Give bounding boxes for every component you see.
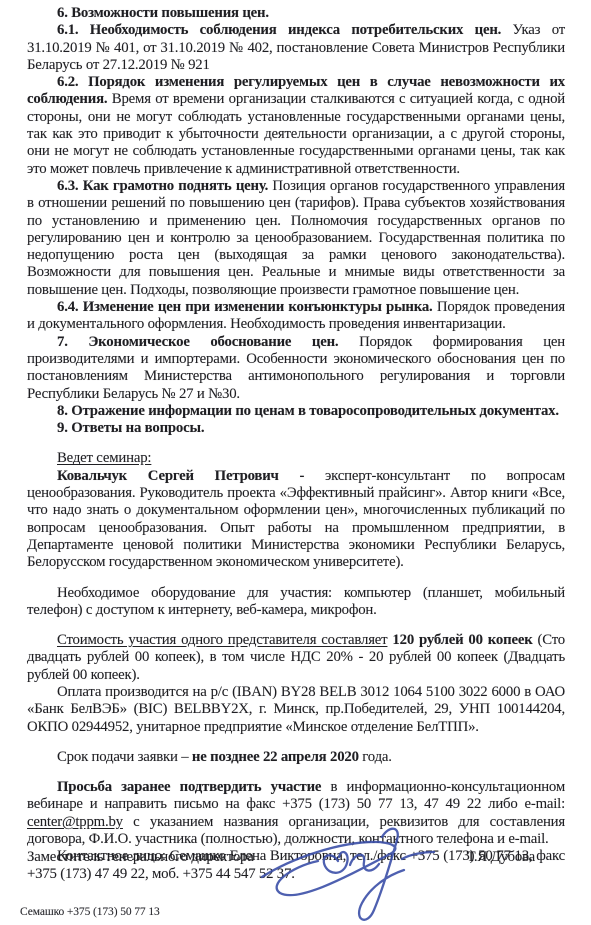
heading-6-price-increase-opportunities: 6. Возможности повышения цен. (27, 5, 565, 22)
signer-position: Заместитель генерального директора (27, 849, 254, 866)
email-link: center@tppm.by (27, 814, 123, 830)
para-payment-details: Оплата производится на р/с (IBAN) BY28 B… (27, 684, 565, 736)
body-text: Позиция органов государственного управле… (27, 178, 565, 298)
subheading-text: 7. Экономическое обоснование цен. (57, 334, 338, 350)
para-6-2-regulated-price-changes: 6.2. Порядок изменения регулируемых цен … (27, 74, 565, 178)
body-text: Необходимое оборудование для участия: ко… (27, 585, 565, 618)
para-6-4-market-conditions: 6.4. Изменение цен при изменении конъюнк… (27, 299, 565, 334)
underlined-text: Стоимость участия одного представителя с… (57, 632, 387, 648)
subheading-text: 6.3. Как грамотно поднять цену. (57, 178, 268, 194)
price-value: 120 рублей 00 копеек (387, 632, 532, 648)
heading-text: 6. Возможности повышения цен. (57, 5, 269, 21)
scanned-document-page: 6. Возможности повышения цен. 6.1. Необх… (0, 0, 591, 925)
signature-block: Заместитель генерального директора Т.Я.Д… (27, 849, 565, 866)
deadline-date: не позднее 22 апреля 2020 (192, 749, 359, 765)
heading-text: 8. Отражение информации по ценам в товар… (57, 403, 559, 419)
para-application-deadline: Срок подачи заявки – не позднее 22 апрел… (27, 749, 565, 766)
seminar-leader-heading: Ведет семинар: (27, 450, 565, 467)
heading-9-questions: 9. Ответы на вопросы. (27, 420, 565, 437)
para-7-economic-justification: 7. Экономическое обоснование цен. Порядо… (27, 334, 565, 403)
emphasis-text: Просьба заранее подтвердить участие (57, 779, 321, 795)
heading-text: 9. Ответы на вопросы. (57, 420, 204, 436)
para-6-3-how-to-raise-price: 6.3. Как грамотно поднять цену. Позиция … (27, 178, 565, 299)
footer-contact-note: Семашко +375 (173) 50 77 13 (20, 906, 160, 918)
body-text: Оплата производится на р/с (IBAN) BY28 B… (27, 684, 565, 735)
underlined-label: Ведет семинар: (57, 450, 151, 466)
body-text: Время от времени организации сталкиваютс… (27, 91, 565, 176)
para-confirmation-request: Просьба заранее подтвердить участие в ин… (27, 779, 565, 848)
body-text: Срок подачи заявки – (57, 749, 192, 765)
para-required-equipment: Необходимое оборудование для участия: ко… (27, 585, 565, 620)
subheading-text: 6.1. Необходимость соблюдения индекса по… (57, 22, 501, 38)
body-text: года. (359, 749, 392, 765)
subheading-text: 6.4. Изменение цен при изменении конъюнк… (57, 299, 433, 315)
signer-name: Т.Я.Дубова (467, 849, 535, 866)
para-participation-cost: Стоимость участия одного представителя с… (27, 632, 565, 684)
speaker-name: Ковальчук Сергей Петрович - (57, 468, 304, 484)
para-6-1-consumer-price-index: 6.1. Необходимость соблюдения индекса по… (27, 22, 565, 74)
heading-8-price-info-documents: 8. Отражение информации по ценам в товар… (27, 403, 565, 420)
para-speaker-bio: Ковальчук Сергей Петрович - эксперт-конс… (27, 468, 565, 572)
